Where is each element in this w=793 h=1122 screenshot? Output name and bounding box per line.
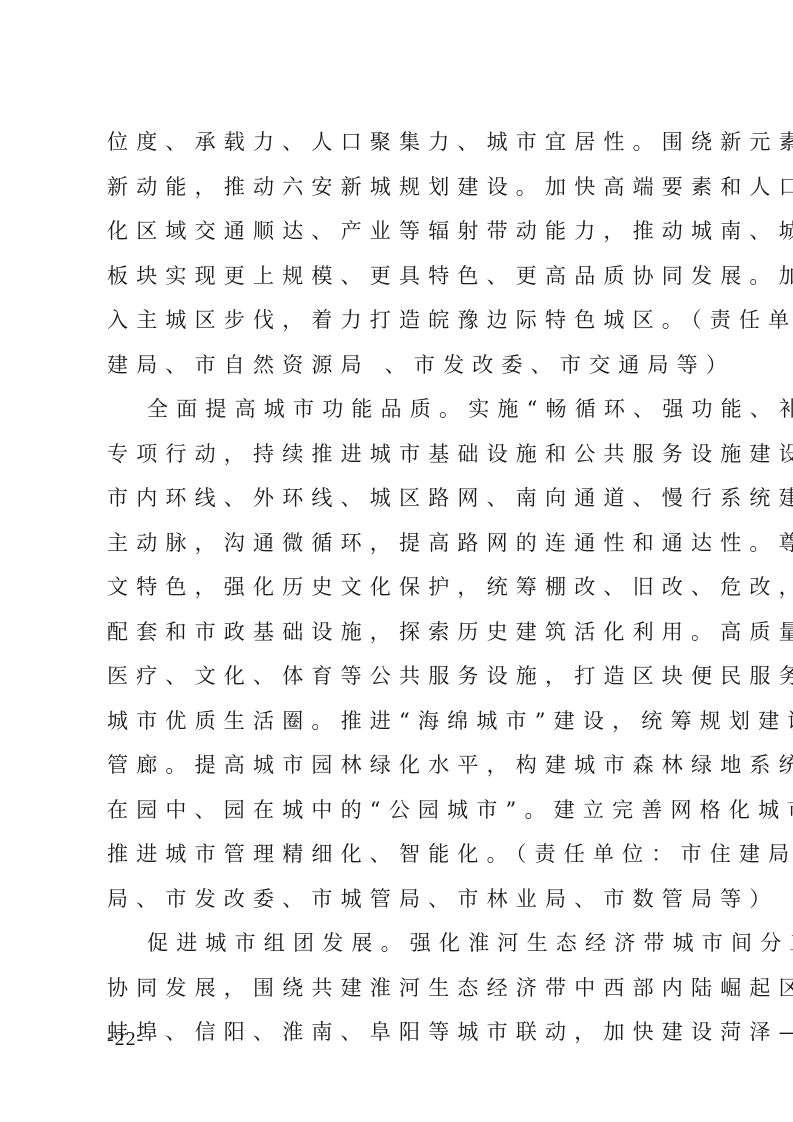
text-line: 专项行动，持续推进城市基础设施和公共服务设施建设。加强城 [107, 432, 707, 477]
text-line: 位度、承载力、人口聚集力、城市宜居性。围绕新元素、新业态、 [107, 120, 707, 165]
text-line: 板块实现更上规模、更具特色、更高品质协同发展。加快叶集融 [107, 254, 707, 299]
body-text: 位度、承载力、人口聚集力、城市宜居性。围绕新元素、新业态、 新动能，推动六安新城… [107, 120, 707, 1055]
text-line: 新动能，推动六安新城规划建设。加快高端要素和人口集聚，强 [107, 165, 707, 210]
text-line: 城市优质生活圈。推进“海绵城市”建设，统筹规划建设地下综合 [107, 699, 707, 744]
text-line: 协同发展，围绕共建淮河生态经济带中西部内陆崛起区，加强与 [107, 966, 707, 1011]
text-line: 局、市发改委、市城管局、市林业局、市数管局等） [107, 877, 707, 922]
text-line: 配套和市政基础设施，探索历史建筑活化利用。高质量配套教育、 [107, 610, 707, 655]
text-line: 在园中、园在城中的“公园城市”。建立完善网格化城市管理体系， [107, 788, 707, 833]
text-line: 入主城区步伐，着力打造皖豫边际特色城区。（责任单位：市住 [107, 298, 707, 343]
text-line: 建局、市自然资源局 、市发改委、市交通局等） [107, 343, 707, 388]
text-line: 管廊。提高城市园林绿化水平，构建城市森林绿地系统，打造城 [107, 743, 707, 788]
text-line: 医疗、文化、体育等公共服务设施，打造区块便民服务区，建设 [107, 654, 707, 699]
text-line: 市内环线、外环线、城区路网、南向通道、慢行系统建设，畅通 [107, 476, 707, 521]
text-line: 推进城市管理精细化、智能化。（责任单位：市住建局、市交通 [107, 832, 707, 877]
document-page: 位度、承载力、人口聚集力、城市宜居性。围绕新元素、新业态、 新动能，推动六安新城… [0, 0, 793, 1122]
page-number: -22- [107, 1028, 144, 1051]
paragraph-heading-line: 促进城市组团发展。强化淮河生态经济带城市间分工合作和 [107, 921, 707, 966]
text-line: 主动脉，沟通微循环，提高路网的连通性和通达性。尊重历史人 [107, 521, 707, 566]
paragraph-heading-line: 全面提高城市功能品质。实施“畅循环、强功能、补窟窿” [107, 387, 707, 432]
text-line: 化区域交通顺达、产业等辐射带动能力，推动城南、城北、河西 [107, 209, 707, 254]
text-line: 蚌埠、信阳、淮南、阜阳等城市联动，加快建设菏泽—商丘—亳 [107, 1010, 707, 1055]
text-line: 文特色，强化历史文化保护，统筹棚改、旧改、危改，完善小区 [107, 565, 707, 610]
